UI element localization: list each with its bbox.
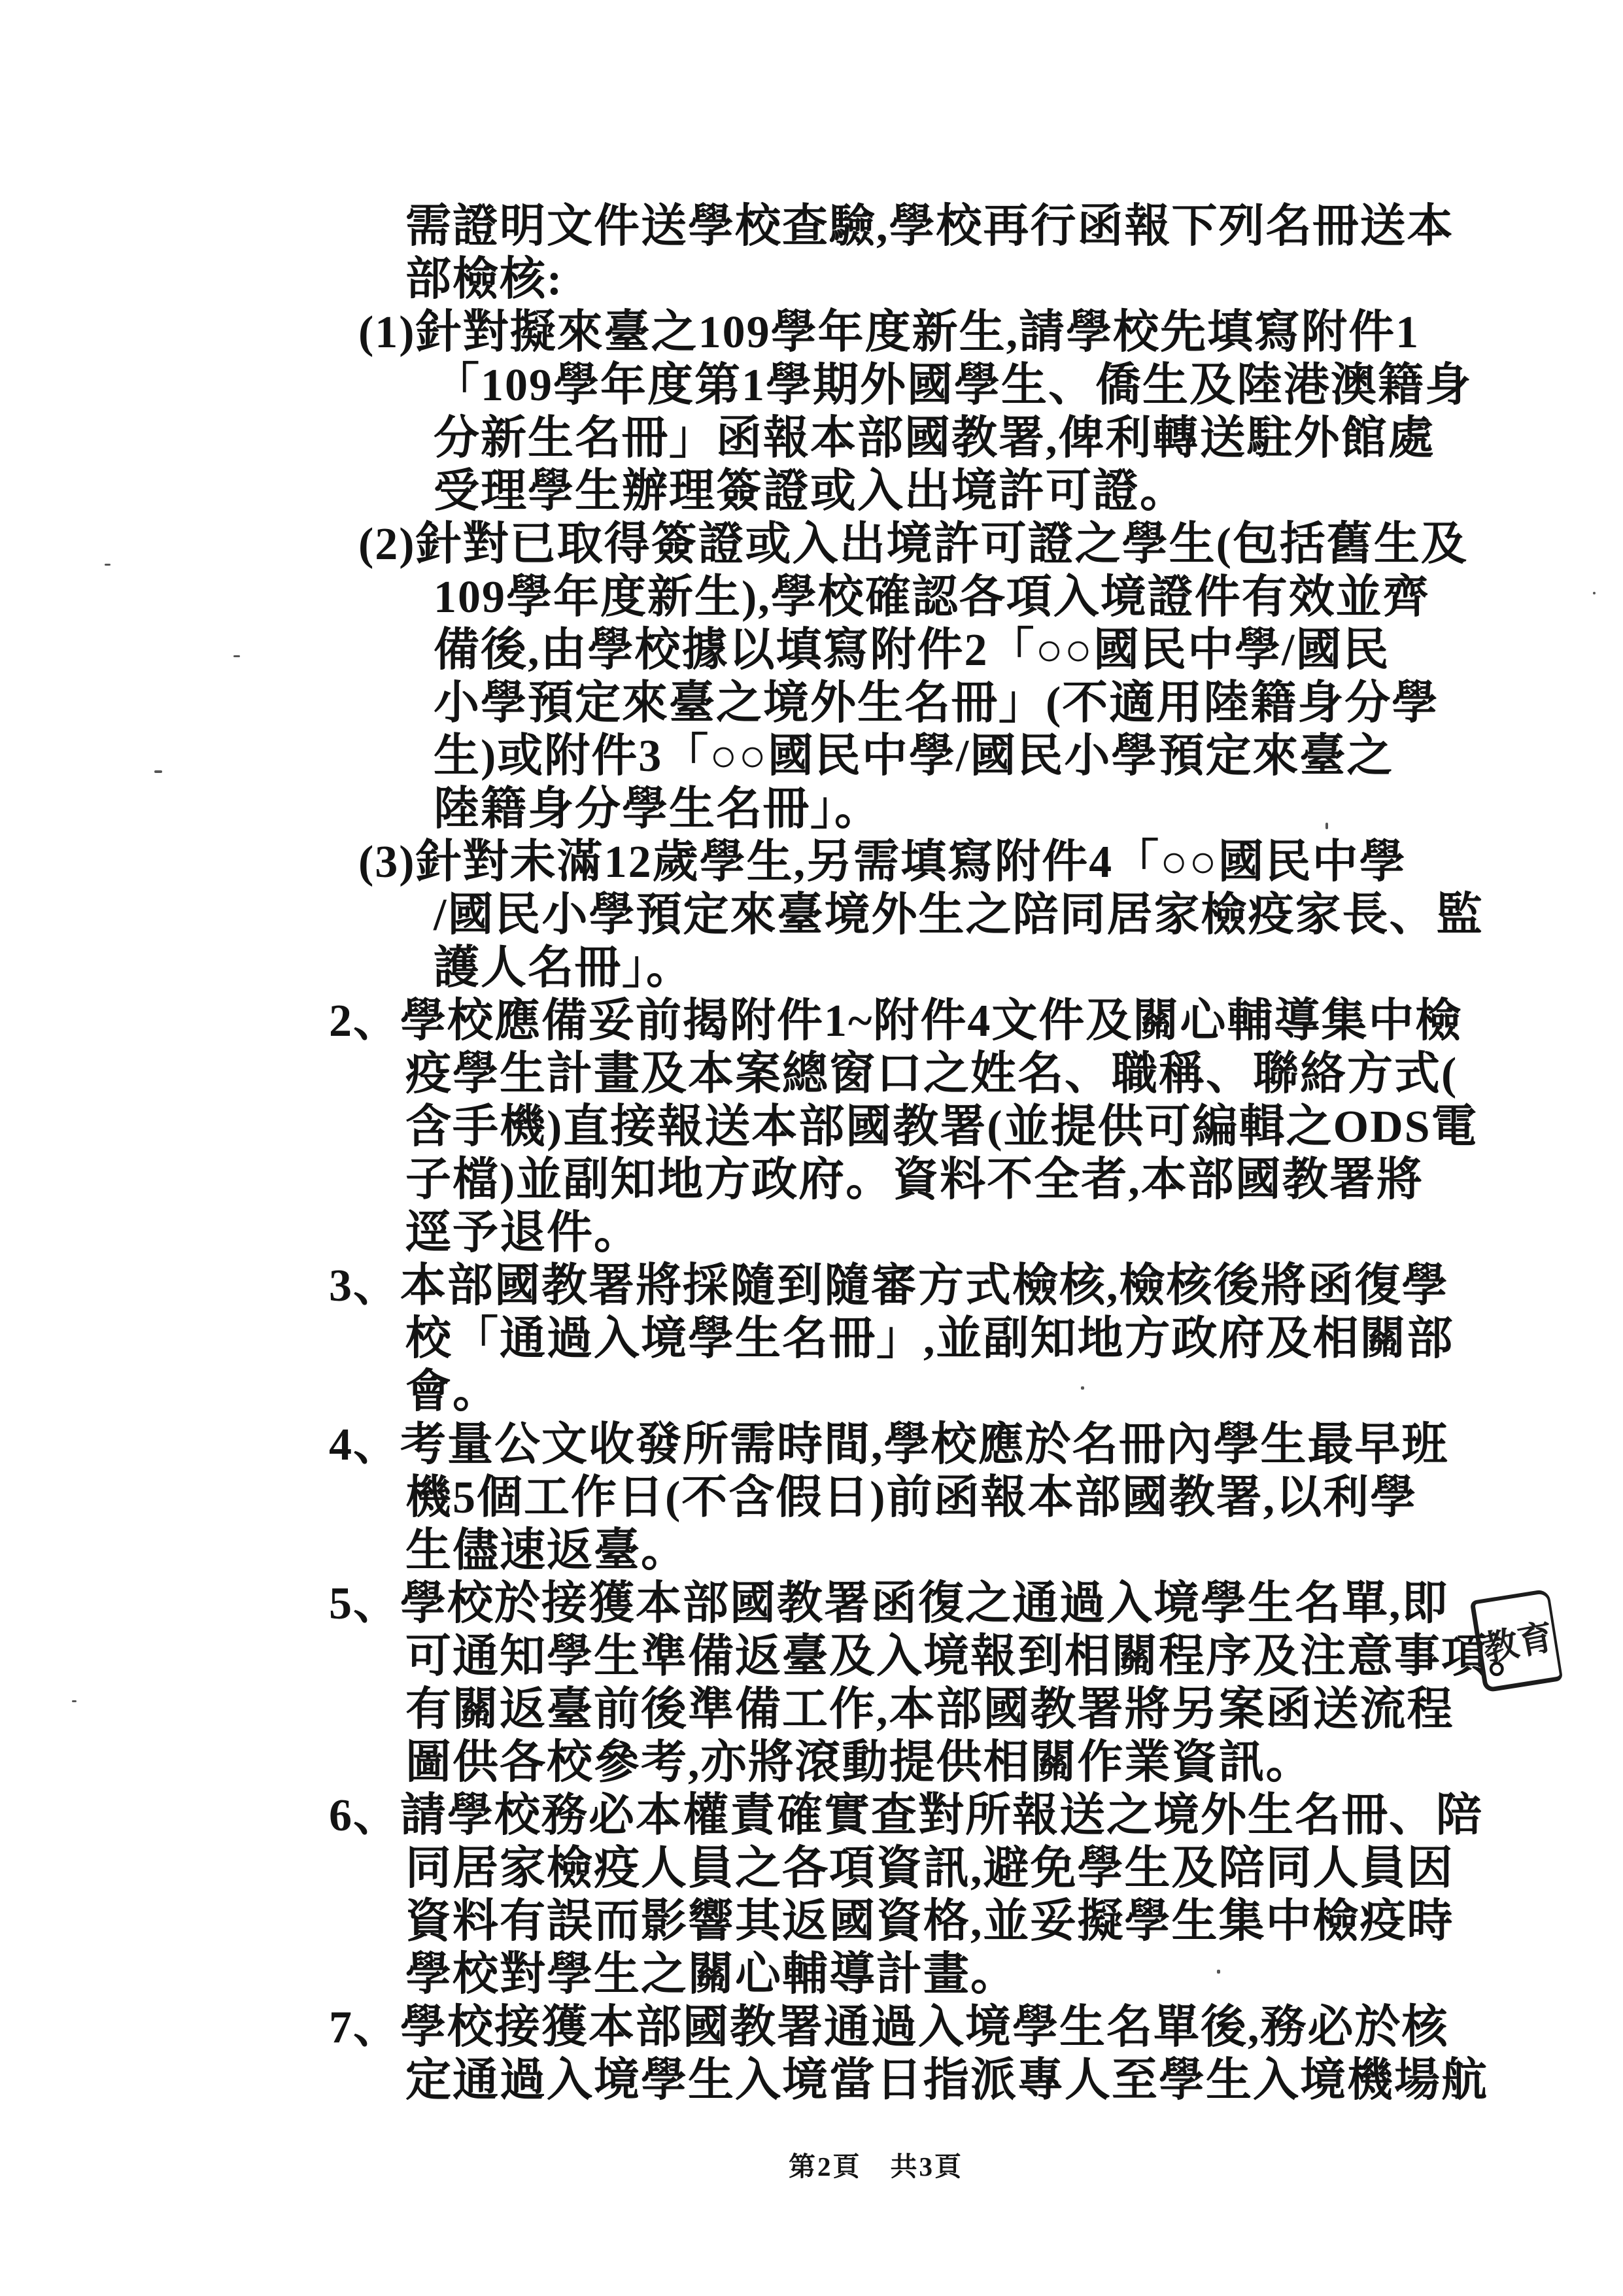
scan-speck <box>72 1700 77 1702</box>
text-line: 需證明文件送學校查驗,學校再行函報下列名冊送本 <box>405 200 1623 253</box>
text-line: 逕予退件。 <box>405 1207 1623 1259</box>
text-line: /國民小學預定來臺境外生之陪同居家檢疫家長、監 <box>434 889 1623 942</box>
text-line: 資料有誤而影響其返國資格,並妥擬學生集中檢疫時 <box>405 1895 1623 1948</box>
text-line: 校「通過入境學生名冊」,並副知地方政府及相關部 <box>405 1312 1623 1365</box>
text-line: (3)針對未滿12歲學生,另需填寫附件4「○○國民中學 <box>358 836 1623 889</box>
page-footer: 第2頁共3頁 <box>789 2145 963 2184</box>
text-line: 備後,由學校據以填寫附件2「○○國民中學/國民 <box>434 624 1623 677</box>
text-line: 6、請學校務必本權責確實查對所報送之境外生名冊、陪 <box>329 1789 1623 1842</box>
stamp-text: 教育 <box>1478 1609 1557 1671</box>
scanned-document-page: 需證明文件送學校查驗,學校再行函報下列名冊送本部檢核:(1)針對擬來臺之109學… <box>0 0 1623 2296</box>
page-number-label: 第2頁 <box>789 2151 862 2182</box>
scan-speck <box>1593 592 1596 594</box>
scan-speck <box>1081 1386 1084 1390</box>
text-line: 3、本部國教署將採隨到隨審方式檢核,檢核後將函復學 <box>329 1259 1623 1312</box>
scan-speck <box>154 770 162 773</box>
text-line: 7、學校接獲本部國教署通過入境學生名單後,務必於核 <box>329 2001 1623 2054</box>
text-line: 生)或附件3「○○國民中學/國民小學預定來臺之 <box>434 730 1623 783</box>
text-line: (2)針對已取得簽證或入出境許可證之學生(包括舊生及 <box>358 518 1623 571</box>
text-line: 4、考量公文收發所需時間,學校應於名冊內學生最早班 <box>329 1418 1623 1471</box>
text-line: 分新生名冊」函報本部國教署,俾利轉送駐外館處 <box>434 412 1623 465</box>
text-line: 同居家檢疫人員之各項資訊,避免學生及陪同人員因 <box>405 1842 1623 1895</box>
text-line: 陸籍身分學生名冊」。 <box>434 783 1623 836</box>
text-line: 護人名冊」。 <box>434 942 1623 995</box>
text-line: 疫學生計畫及本案總窗口之姓名、職稱、聯絡方式( <box>405 1048 1623 1101</box>
text-line: 生儘速返臺。 <box>405 1524 1623 1577</box>
scan-speck <box>1217 1970 1220 1974</box>
text-line: 2、學校應備妥前揭附件1~附件4文件及關心輔導集中檢 <box>329 995 1623 1048</box>
text-line: (1)針對擬來臺之109學年度新生,請學校先填寫附件1 <box>358 306 1623 359</box>
text-line: 子檔)並副知地方政府。資料不全者,本部國教署將 <box>405 1154 1623 1207</box>
scan-speck <box>233 655 240 657</box>
page-total-label: 共3頁 <box>891 2151 964 2182</box>
text-line: 含手機)直接報送本部國教署(並提供可編輯之ODS電 <box>405 1101 1623 1154</box>
text-line: 受理學生辦理簽證或入出境許可證。 <box>434 465 1623 518</box>
scan-speck <box>105 564 111 566</box>
text-line: 學校對學生之關心輔導計畫。 <box>405 1948 1623 2001</box>
text-line: 109學年度新生),學校確認各項入境證件有效並齊 <box>434 571 1623 624</box>
ink-stamp: 教育 <box>1470 1588 1563 1692</box>
text-line: 定通過入境學生入境當日指派專人至學生入境機場航 <box>405 2054 1623 2107</box>
text-line: 有關返臺前後準備工作,本部國教署將另案函送流程 <box>405 1683 1623 1736</box>
text-line: 會。 <box>405 1365 1623 1418</box>
text-line: 可通知學生準備返臺及入境報到相關程序及注意事項。 <box>405 1630 1623 1683</box>
text-line: 機5個工作日(不含假日)前函報本部國教署,以利學 <box>405 1471 1623 1524</box>
text-line: 「109學年度第1學期外國學生、僑生及陸港澳籍身 <box>434 359 1623 412</box>
text-line: 5、學校於接獲本部國教署函復之通過入境學生名單,即 <box>329 1577 1623 1630</box>
scan-speck <box>1325 823 1328 829</box>
text-line: 小學預定來臺之境外生名冊」(不適用陸籍身分學 <box>434 677 1623 730</box>
document-body: 需證明文件送學校查驗,學校再行函報下列名冊送本部檢核:(1)針對擬來臺之109學… <box>0 200 1623 2107</box>
text-line: 圖供各校參考,亦將滾動提供相關作業資訊。 <box>405 1736 1623 1789</box>
text-line: 部檢核: <box>405 253 1623 306</box>
